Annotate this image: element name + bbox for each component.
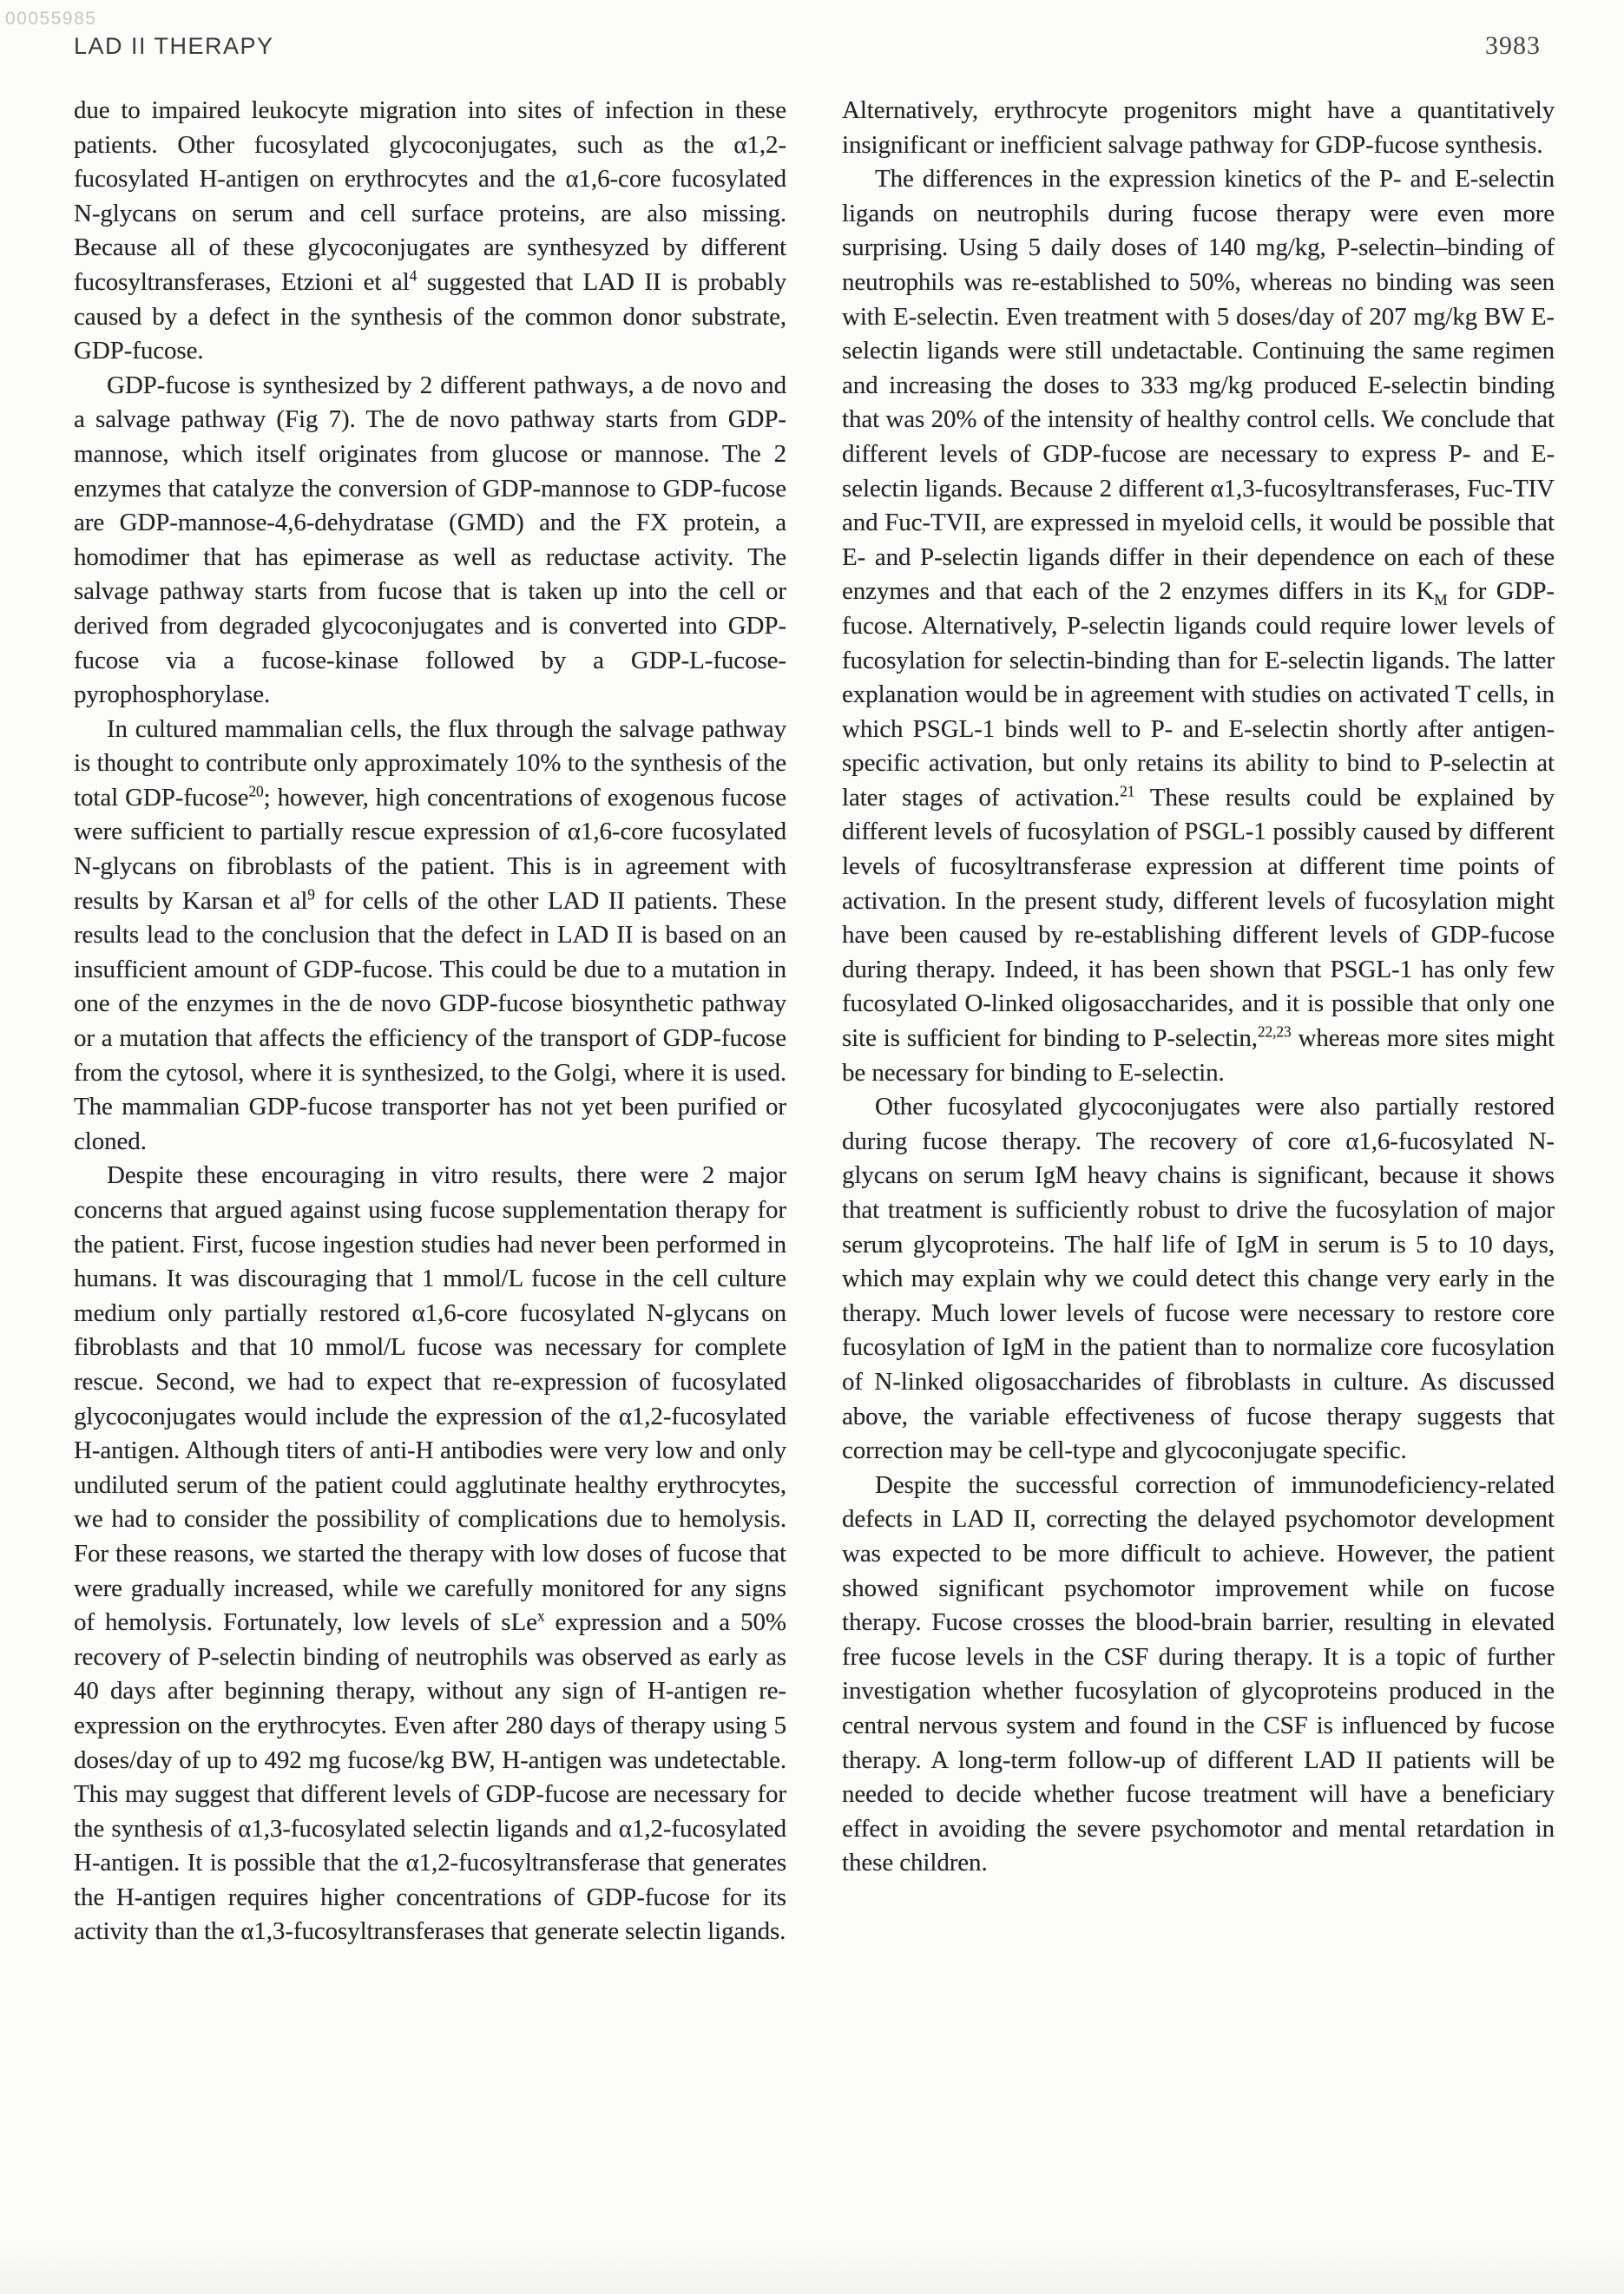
- paragraph: Alternatively, erythrocyte progenitors m…: [842, 94, 1555, 162]
- right-column: Alternatively, erythrocyte progenitors m…: [842, 94, 1555, 1949]
- page-header: LAD II THERAPY 3983: [0, 0, 1624, 61]
- paragraph: In cultured mammalian cells, the flux th…: [74, 713, 786, 1160]
- page-number: 3983: [1485, 31, 1541, 61]
- paragraph: GDP-fucose is synthesized by 2 different…: [74, 369, 786, 713]
- paragraph: due to impaired leukocyte migration into…: [74, 94, 786, 369]
- running-title: LAD II THERAPY: [74, 33, 274, 60]
- paragraph: Despite the successful correction of imm…: [842, 1469, 1555, 1881]
- two-column-body: due to impaired leukocyte migration into…: [0, 61, 1624, 1949]
- left-column: due to impaired leukocyte migration into…: [74, 94, 786, 1949]
- scan-watermark-number: 00055985: [5, 9, 96, 30]
- paragraph: Despite these encouraging in vitro resul…: [74, 1159, 786, 1949]
- paragraph: The differences in the expression kineti…: [842, 162, 1555, 1090]
- paragraph: Other fucosylated glycoconjugates were a…: [842, 1090, 1555, 1469]
- journal-page: 00055985 LAD II THERAPY 3983 due to impa…: [0, 0, 1624, 2294]
